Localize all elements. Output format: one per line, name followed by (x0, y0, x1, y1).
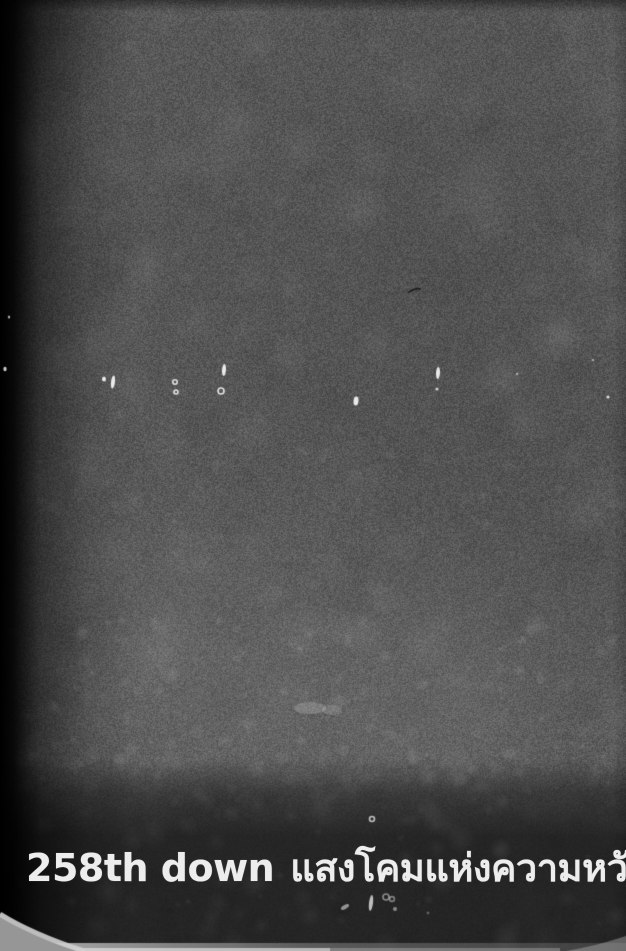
page-texture-background (0, 0, 626, 951)
chapter-number-label: 258th down (26, 846, 274, 890)
chapter-title-thai: แสงโคมแห่งความหวัง (290, 846, 626, 890)
manga-title-page: 258th downแสงโคมแห่งความหวัง (0, 0, 626, 951)
chapter-title: 258th downแสงโคมแห่งความหวัง (26, 842, 626, 894)
